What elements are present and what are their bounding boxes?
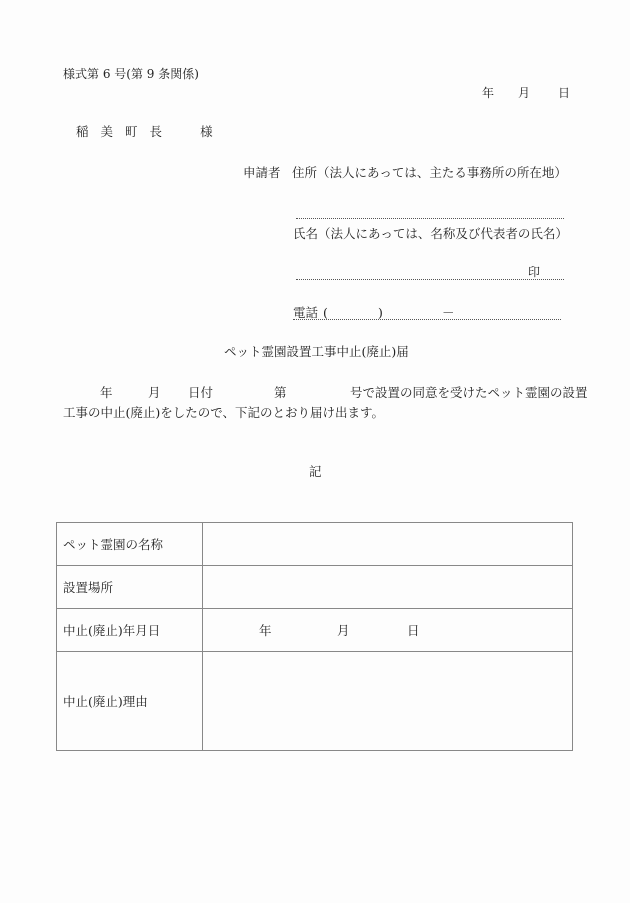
addressee-char: 町 [125, 126, 138, 139]
body-line-2: 工事の中止(廃止)をしたので、下記のとおり届け出ます。 [63, 407, 384, 420]
form-number: 様式第 6 号(第 9 条関係) [63, 68, 199, 80]
body-number-prefix: 第 [274, 387, 350, 400]
row-label-location: 設置場所 [57, 566, 203, 609]
addressee-honorific: 様 [200, 126, 213, 139]
stop-date-year-label: 年 [259, 621, 337, 639]
reason-field[interactable] [203, 652, 573, 751]
stop-date-month-label: 月 [337, 621, 407, 639]
detail-table: ペット霊園の名称 設置場所 中止(廃止)年月日 年月日 中止(廃止)理由 [56, 522, 573, 751]
name-field[interactable] [296, 279, 564, 280]
date-month-label: 月 [518, 87, 558, 99]
name-label: 氏名（法人にあっては、名称及び代表者の氏名） [293, 228, 568, 241]
phone-field[interactable] [293, 319, 561, 320]
submission-date: 年月日 [482, 87, 570, 99]
stop-date-field[interactable]: 年月日 [203, 609, 573, 652]
address-field[interactable] [296, 218, 564, 219]
body-line-1: 年月日付第号で設置の同意を受けたペット霊園の設置 [100, 387, 588, 400]
cemetery-name-field[interactable] [203, 523, 573, 566]
date-day-label: 日 [558, 87, 570, 99]
addressee: 稲美町長様 [76, 126, 213, 139]
address-label: 住所（法人にあっては、主たる事務所の所在地） [292, 167, 567, 180]
body-year-label: 年 [100, 387, 148, 400]
table-row: ペット霊園の名称 [57, 523, 573, 566]
body-day-label: 日付 [188, 387, 274, 400]
date-year-label: 年 [482, 87, 518, 99]
location-field[interactable] [203, 566, 573, 609]
addressee-char: 稲 [76, 126, 89, 139]
seal-mark: 印 [528, 266, 540, 278]
addressee-char: 長 [150, 126, 163, 139]
body-line-1-rest: 号で設置の同意を受けたペット霊園の設置 [350, 387, 588, 400]
ki-heading: 記 [309, 466, 322, 479]
document-title: ペット霊園設置工事中止(廃止)届 [224, 346, 409, 359]
phone-paren-open: ( [323, 307, 328, 320]
phone-label: 電話 [293, 307, 318, 320]
row-label-reason: 中止(廃止)理由 [57, 652, 203, 751]
row-label-cemetery-name: ペット霊園の名称 [57, 523, 203, 566]
applicant-label: 申請者 [243, 167, 281, 180]
phone-dash: － [442, 307, 455, 320]
row-label-stop-date: 中止(廃止)年月日 [57, 609, 203, 652]
stop-date-day-label: 日 [407, 621, 420, 639]
addressee-char: 美 [101, 126, 114, 139]
table-row: 中止(廃止)理由 [57, 652, 573, 751]
phone-paren-close: ) [378, 307, 383, 320]
table-row: 設置場所 [57, 566, 573, 609]
table-row: 中止(廃止)年月日 年月日 [57, 609, 573, 652]
body-month-label: 月 [148, 387, 188, 400]
